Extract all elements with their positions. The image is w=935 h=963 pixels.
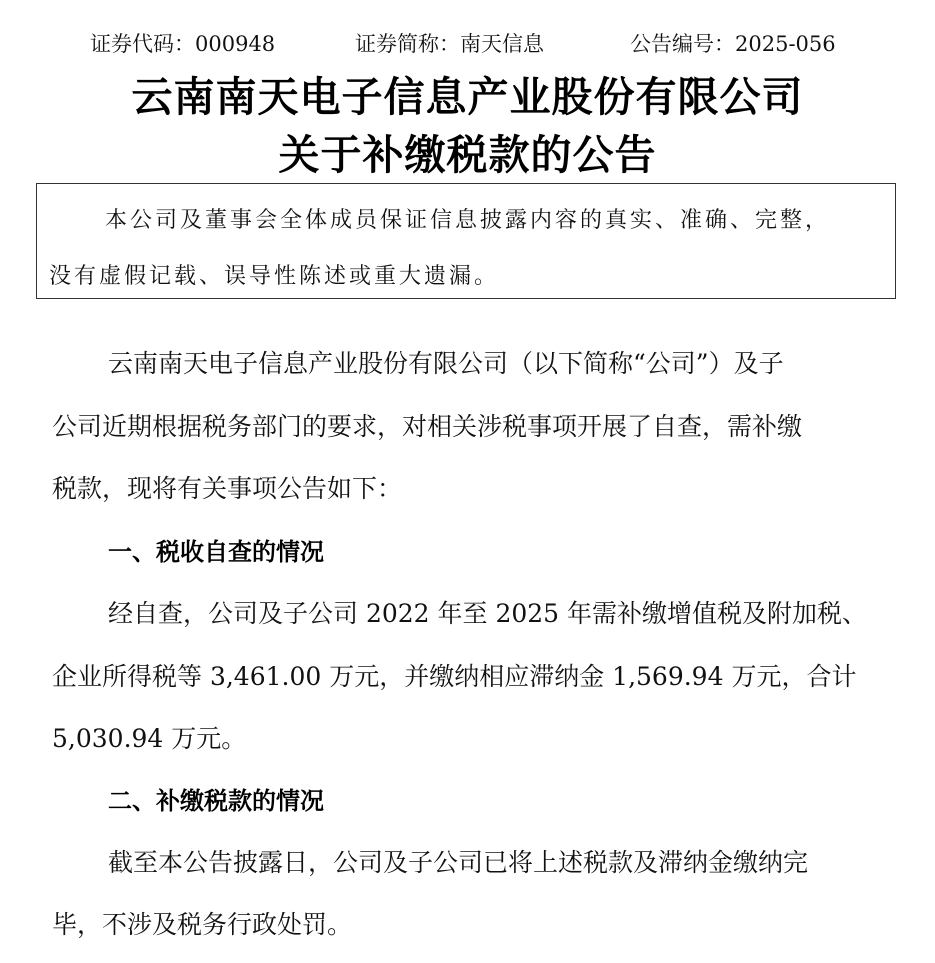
section-heading: 二、补缴税款的情况	[108, 784, 324, 818]
disclaimer-box: 本公司及董事会全体成员保证信息披露内容的真实、准确、完整， 没有虚假记载、误导性…	[36, 183, 896, 299]
intro-line: 税款，现将有关事项公告如下：	[52, 472, 402, 506]
section-line: 截至本公告披露日，公司及子公司已将上述税款及滞纳金缴纳完	[108, 846, 808, 880]
stock-abbreviation: 证券简称：南天信息	[355, 30, 544, 58]
stock-code: 证券代码：000948	[90, 30, 275, 58]
announcement-title: 关于补缴税款的公告	[0, 130, 935, 180]
disclaimer-line-2: 没有虚假记载、误导性陈述或重大遗漏。	[49, 262, 499, 292]
section-line: 5,030.94 万元。	[52, 722, 246, 756]
section-line: 企业所得税等 3,461.00 万元，并缴纳相应滞纳金 1,569.94 万元，…	[52, 660, 856, 694]
disclaimer-line-1: 本公司及董事会全体成员保证信息披露内容的真实、准确、完整，	[105, 206, 830, 236]
section-line: 毕，不涉及税务行政处罚。	[52, 908, 352, 942]
section-heading: 一、税收自查的情况	[108, 535, 324, 569]
intro-line: 云南南天电子信息产业股份有限公司（以下简称“公司”）及子	[108, 347, 784, 381]
announcement-number: 公告编号：2025-056	[630, 30, 836, 58]
section-line: 经自查，公司及子公司 2022 年至 2025 年需补缴增值税及附加税、	[108, 597, 867, 631]
company-title: 云南南天电子信息产业股份有限公司	[0, 72, 935, 122]
intro-line: 公司近期根据税务部门的要求，对相关涉税事项开展了自查，需补缴	[52, 410, 802, 444]
